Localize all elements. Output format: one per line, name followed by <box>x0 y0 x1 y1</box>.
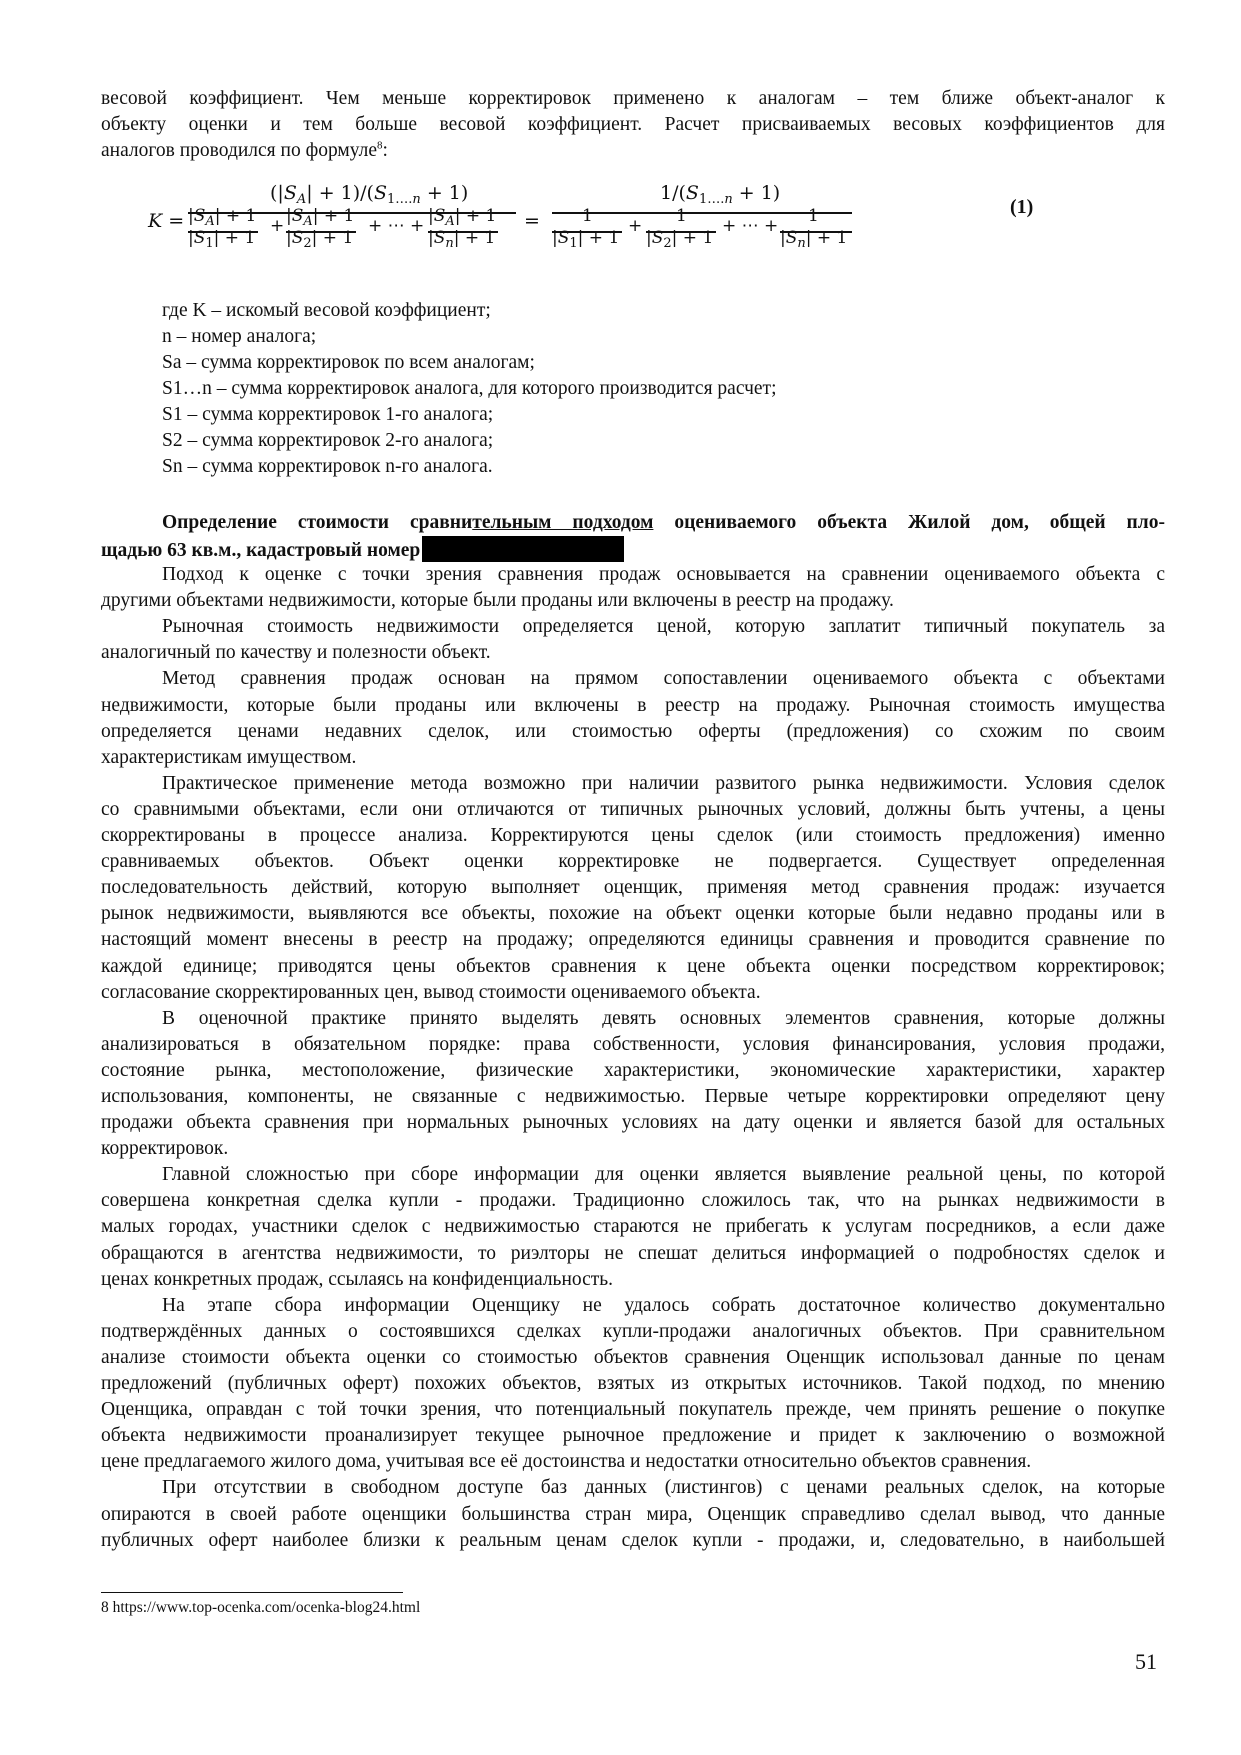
paragraph-line: Подход к оценке с точки зрения сравнения… <box>162 562 1165 588</box>
paragraph-line: скорректированы в процессе анализа. Корр… <box>101 823 1165 849</box>
paragraph-line: ценах конкретных продаж, ссылаясь на кон… <box>101 1267 1165 1293</box>
fraction-bar <box>188 231 258 233</box>
definition-item: n – номер аналога; <box>162 324 316 350</box>
heading-underlined-text: тельным подходом <box>472 512 653 533</box>
paragraph-line: В оценочной практике принято выделять де… <box>162 1006 1165 1032</box>
fraction-bar <box>780 231 852 233</box>
paragraph-line: другими объектами недвижимости, которые … <box>101 588 1165 614</box>
page-number: 51 <box>1135 1649 1157 1675</box>
definition-item: S1 – сумма корректировок 1-го аналога; <box>162 402 493 428</box>
fraction-bar <box>286 231 356 233</box>
weight-coefficient-formula: K = (|SA| + 1)/(S1….n + 1) |SA| + 1 |S1|… <box>160 190 1080 280</box>
paragraph-line: Рыночная стоимость недвижимости определя… <box>162 614 1165 640</box>
paragraph-line: совершена конкретная сделка купли - прод… <box>101 1188 1165 1214</box>
heading-text: Определение стоимости сравни <box>162 512 472 533</box>
paragraph-line: Главной сложностью при сборе информации … <box>162 1162 1165 1188</box>
section-heading: щадью 63 кв.м., кадастровый номер <box>101 536 1165 564</box>
paragraph-line: аналогичный по качеству и полезности объ… <box>101 640 1165 666</box>
heading-text: щадью 63 кв.м., кадастровый номер <box>101 540 420 561</box>
document-page: весовой коэффициент. Чем меньше корректи… <box>0 0 1241 1755</box>
formula-equals: = <box>524 210 540 232</box>
intro-colon: : <box>383 140 388 161</box>
paragraph-line: объекта недвижимости проанализирует теку… <box>101 1423 1165 1449</box>
fraction-bar <box>428 231 498 233</box>
paragraph-line: публичных оферт наиболее близки к реальн… <box>101 1528 1165 1554</box>
formula-numerator-2: 1/(S1….n + 1) <box>660 182 780 207</box>
fraction-bar <box>552 231 622 233</box>
paragraph-line: со сравнимыми объектами, если они отлича… <box>101 797 1165 823</box>
redacted-cadastral-number <box>422 536 624 562</box>
paragraph-line: При отсутствии в свободном доступе баз д… <box>162 1475 1165 1501</box>
section-heading: Определение стоимости сравнительным подх… <box>162 510 1165 536</box>
definition-item: Sn – сумма корректировок n-го аналога. <box>162 454 493 480</box>
definition-item: Sa – сумма корректировок по всем аналога… <box>162 350 535 376</box>
definition-item: S1…n – сумма корректировок аналога, для … <box>162 376 777 402</box>
paragraph-line: использования, компоненты, не связанные … <box>101 1084 1165 1110</box>
paragraph-line: состояние рынка, местоположение, физичес… <box>101 1058 1165 1084</box>
paragraph-line: рынок недвижимости, выявляются все объек… <box>101 901 1165 927</box>
paragraph-line: предложений (публичных оферт) похожих об… <box>101 1371 1165 1397</box>
paragraph-line: продажи объекта сравнения при нормальных… <box>101 1110 1165 1136</box>
formula-lhs: K = <box>148 210 184 232</box>
intro-line: весовой коэффициент. Чем меньше корректи… <box>101 86 1165 112</box>
paragraph-line: Оценщика, оправдан с той точки зрения, ч… <box>101 1397 1165 1423</box>
paragraph-line: настоящий момент внесены в реестр на про… <box>101 927 1165 953</box>
definition-item: S2 – сумма корректировок 2-го аналога; <box>162 428 493 454</box>
fraction-bar <box>552 212 852 214</box>
footnote[interactable]: 8 https://www.top-ocenka.com/ocenka-blog… <box>101 1597 420 1619</box>
paragraph-line: На этапе сбора информации Оценщику не уд… <box>162 1293 1165 1319</box>
paragraph-line: каждой единице; приводятся цены объектов… <box>101 954 1165 980</box>
heading-text: оцениваемого объекта Жилой дом, общей пл… <box>653 512 1165 533</box>
intro-text: аналогов проводился по формуле <box>101 140 377 161</box>
formula-numerator-1: (|SA| + 1)/(S1….n + 1) <box>270 182 468 207</box>
paragraph-line: Метод сравнения продаж основан на прямом… <box>162 666 1165 692</box>
paragraph-line: анализироваться в обязательном порядке: … <box>101 1032 1165 1058</box>
paragraph-line: анализе стоимости объекта оценки со стои… <box>101 1345 1165 1371</box>
paragraph-line: последовательность действий, которую вып… <box>101 875 1165 901</box>
paragraph-line: согласование скорректированных цен, выво… <box>101 980 1165 1006</box>
paragraph-line: цене предлагаемого жилого дома, учитывая… <box>101 1449 1165 1475</box>
paragraph-line: подтверждённых данных о состоявшихся сде… <box>101 1319 1165 1345</box>
definition-item: где K – искомый весовой коэффициент; <box>162 298 491 324</box>
paragraph-line: малых городах, участники сделок с недвиж… <box>101 1214 1165 1240</box>
paragraph-line: корректировок. <box>101 1136 1165 1162</box>
intro-line: аналогов проводился по формуле8: <box>101 138 1165 164</box>
footnote-separator <box>101 1592 403 1593</box>
paragraph-line: опираются в своей работе оценщики больши… <box>101 1502 1165 1528</box>
intro-line: объекту оценки и тем больше весовой коэф… <box>101 112 1165 138</box>
paragraph-line: недвижимости, которые были проданы или в… <box>101 693 1165 719</box>
paragraph-line: определяется ценами недавних сделок, или… <box>101 719 1165 745</box>
paragraph-line: Практическое применение метода возможно … <box>162 771 1165 797</box>
paragraph-line: сравниваемых объектов. Объект оценки кор… <box>101 849 1165 875</box>
equation-number: (1) <box>1010 196 1033 219</box>
paragraph-line: обращаются в агентства недвижимости, то … <box>101 1241 1165 1267</box>
paragraph-line: характеристикам имуществом. <box>101 745 1165 771</box>
fraction-bar <box>646 231 716 233</box>
